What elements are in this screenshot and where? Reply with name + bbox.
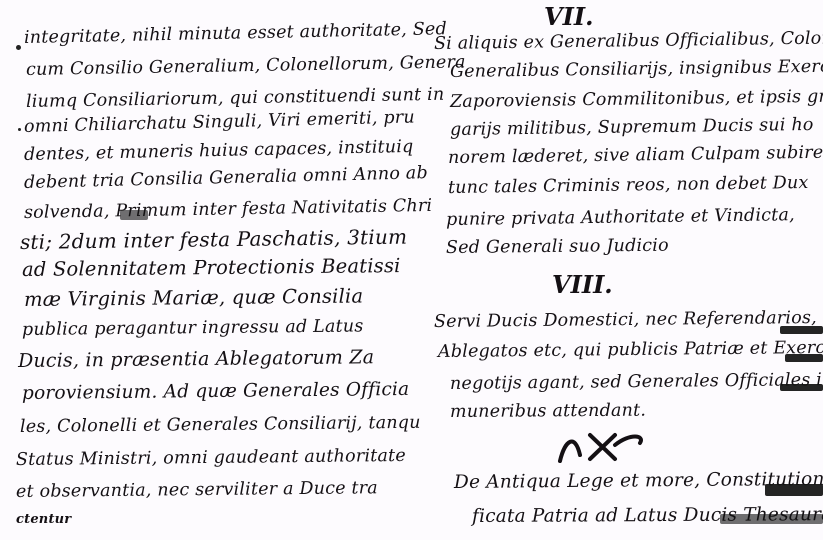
manuscript-line: norem læderet, sive aliam Culpam subiret… bbox=[448, 143, 823, 168]
ink-blot bbox=[120, 210, 148, 220]
manuscript-line: Si aliquis ex Generalibus Officialibus, … bbox=[434, 28, 823, 54]
manuscript-line: sti; 2dum inter festa Paschatis, 3tium bbox=[20, 225, 407, 254]
section-heading-viii: VIII. bbox=[552, 270, 613, 299]
manuscript-line: les, Colonelli et Generales Consiliarij,… bbox=[20, 413, 421, 437]
manuscript-line: negotijs agant, sed Generales Officiales… bbox=[450, 370, 823, 394]
manuscript-line: publica peragantur ingressu ad Latus bbox=[22, 316, 364, 340]
manuscript-line: Generalibus Consiliarijs, insignibus Exe… bbox=[450, 56, 823, 82]
manuscript-line: Ducis, in præsentia Ablegatorum Za bbox=[18, 346, 374, 372]
manuscript-line: Ablegatos etc, qui publicis Patriæ et Ex… bbox=[438, 338, 823, 362]
manuscript-line: solvenda, Primum inter festa Nativitatis… bbox=[24, 196, 433, 223]
manuscript-line: cum Consilio Generalium, Colonellorum, G… bbox=[26, 52, 466, 80]
section-heading-vii: VII. bbox=[544, 2, 593, 31]
manuscript-line: garijs militibus, Supremum Ducis sui ho bbox=[450, 115, 814, 140]
ink-speck bbox=[18, 128, 21, 131]
ink-speck bbox=[16, 45, 21, 50]
manuscript-line: et observantia, nec serviliter a Duce tr… bbox=[16, 478, 378, 502]
ink-blot bbox=[765, 484, 823, 496]
manuscript-line: tunc tales Criminis reos, non debet Dux bbox=[448, 173, 809, 198]
ink-blot bbox=[785, 354, 823, 362]
ink-blot bbox=[720, 514, 823, 524]
manuscript-line: Sed Generali suo Judicio bbox=[446, 236, 669, 258]
manuscript-line: debent tria Consilia Generalia omni Anno… bbox=[24, 163, 428, 193]
manuscript-line-catchword: ctentur bbox=[16, 512, 71, 527]
manuscript-line: punire privata Authoritate et Vindicta, bbox=[446, 205, 795, 230]
manuscript-line: Status Ministri, omni gaudeant authorita… bbox=[16, 446, 406, 470]
ink-blot bbox=[780, 384, 823, 391]
manuscript-page: integritate, nihil minuta esset authorit… bbox=[0, 0, 823, 540]
manuscript-line: Servi Ducis Domestici, nec Referendarios… bbox=[434, 308, 817, 332]
manuscript-line: muneribus attendant. bbox=[450, 401, 646, 422]
ink-blot bbox=[780, 326, 823, 334]
right-column: VII. Si aliquis ex Generalibus Officiali… bbox=[420, 0, 823, 540]
manuscript-line: Zaporoviensis Commilitonibus, et ipsis g… bbox=[450, 87, 823, 112]
manuscript-line: omni Chiliarchatu Singuli, Viri emeriti,… bbox=[24, 107, 415, 137]
manuscript-line: integritate, nihil minuta esset authorit… bbox=[24, 19, 447, 48]
manuscript-line: dentes, et muneris huius capaces, instit… bbox=[24, 137, 414, 165]
left-column: integritate, nihil minuta esset authorit… bbox=[0, 0, 415, 540]
manuscript-line: poroviensium. Ad quæ Generales Officia bbox=[22, 379, 410, 404]
manuscript-line: mæ Virginis Mariæ, quæ Consilia bbox=[24, 284, 363, 311]
manuscript-line: ad Solennitatem Protectionis Beatissi bbox=[22, 254, 401, 281]
